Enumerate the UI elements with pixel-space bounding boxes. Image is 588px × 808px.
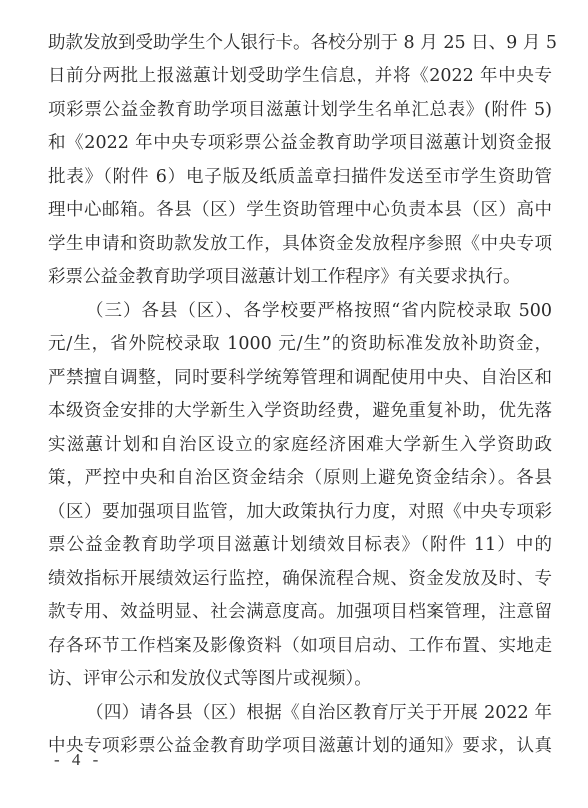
document-page: 助款发放到受助学生个人银行卡。各校分别于 8 月 25 日、9 月 5 日前分两… (0, 0, 588, 808)
text-line: 绩效指标开展绩效运行监控，确保流程合规、资金发放及时、专 (48, 567, 552, 591)
text-line: 彩票公益金教育助学项目滋蕙计划工作程序》有关要求执行。 (48, 265, 552, 289)
text-line: 策，严控中央和自治区资金结余（原则上避免资金结余）。各县 (48, 466, 552, 490)
text-line: 严禁擅自调整，同时要科学统筹管理和调配使用中央、自治区和 (48, 366, 552, 390)
text-line: 中央专项彩票公益金教育助学项目滋蕙计划的通知》要求，认真 (48, 734, 552, 758)
page-number: - 4 - (54, 749, 102, 771)
text-line: 助款发放到受助学生个人银行卡。各校分别于 8 月 25 日、9 月 5 (48, 31, 552, 55)
text-line: 实滋蕙计划和自治区设立的家庭经济困难大学新生入学资助政 (48, 433, 552, 457)
text-line: 理中心邮箱。各县（区）学生资助管理中心负责本县（区）高中 (48, 198, 552, 222)
text-line: （三）各县（区）、各学校要严格按照“省内院校录取 500 (86, 299, 552, 323)
text-line: 本级资金安排的大学新生入学资助经费，避免重复补助，优先落 (48, 399, 552, 423)
text-line: 元/生，省外院校录取 1000 元/生”的资助标准发放补助资金， (48, 332, 552, 356)
text-line: 存各环节工作档案及影像资料（如项目启动、工作布置、实地走 (48, 634, 552, 658)
text-line: 批表》（附件 6）电子版及纸质盖章扫描件发送至市学生资助管 (48, 165, 552, 189)
text-line: 学生申请和资助款发放工作，具体资金发放程序参照《中央专项 (48, 232, 552, 256)
text-line: 票公益金教育助学项目滋蕙计划绩效目标表》（附件 11）中的 (48, 533, 552, 557)
text-line: 款专用、效益明显、社会满意度高。加强项目档案管理，注意留 (48, 600, 552, 624)
text-line: 项彩票公益金教育助学项目滋蕙计划学生名单汇总表》(附件 5) (48, 98, 552, 122)
text-line: （区）要加强项目监管，加大政策执行力度，对照《中央专项彩 (48, 500, 552, 524)
text-line: （四）请各县（区）根据《自治区教育厅关于开展 2022 年 (86, 701, 552, 725)
text-line: 日前分两批上报滋蕙计划受助学生信息，并将《2022 年中央专 (48, 64, 552, 88)
text-line: 和《2022 年中央专项彩票公益金教育助学项目滋蕙计划资金报 (48, 131, 552, 155)
text-line: 访、评审公示和发放仪式等图片或视频）。 (48, 667, 552, 691)
